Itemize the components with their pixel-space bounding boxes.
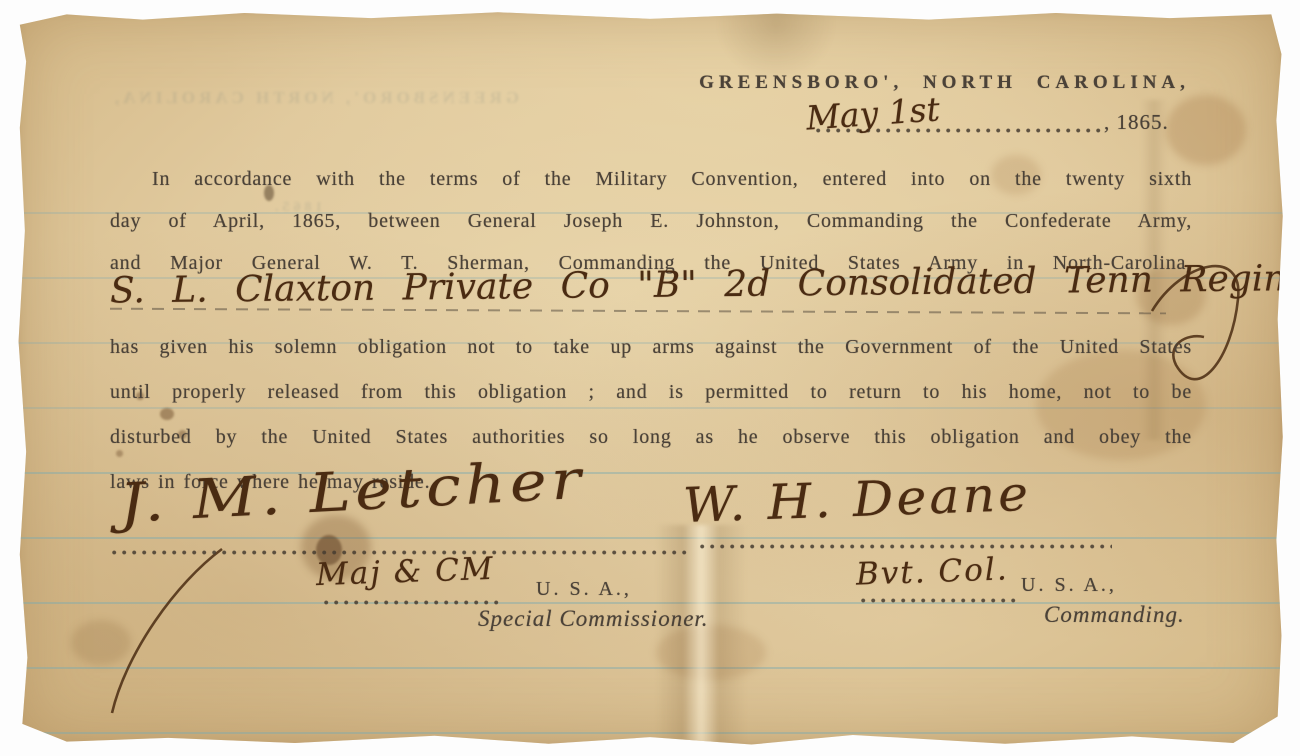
body-line-5: until properly released from this obliga…: [110, 381, 1192, 404]
signature-special-commissioner: J. M. Letcher: [118, 448, 587, 535]
stain: [1166, 95, 1246, 165]
printed-usa-left: U. S. A.,: [536, 578, 632, 601]
rank-dotted-line-left: [324, 600, 499, 605]
body-line-2: day of April, 1865, between General Jose…: [110, 210, 1192, 233]
signature-commanding-officer: W. H. Deane: [682, 466, 1032, 534]
document-place-heading: GREENSBORO', NORTH CAROLINA,: [692, 72, 1197, 94]
printed-year: , 1865.: [1104, 110, 1169, 135]
printed-title-commanding: Commanding.: [1044, 602, 1185, 628]
printed-title-special-commissioner: Special Commissioner.: [478, 606, 709, 632]
body-line-6: disturbed by the United States authoriti…: [110, 426, 1192, 449]
spot: [160, 408, 174, 420]
scan-background: GREENSBORO', NORTH CAROLINA, 1865. GREEN…: [0, 0, 1300, 756]
rank-dotted-line-right: [861, 598, 1016, 603]
body-line-4: has given his solemn obligation not to t…: [110, 336, 1192, 359]
bleedthrough-header-text: GREENSBORO', NORTH CAROLINA,: [111, 88, 519, 108]
crease: [716, 10, 836, 80]
ruled-line: [16, 537, 1284, 539]
ruled-line: [16, 732, 1284, 734]
signature-dotted-line-right: [700, 544, 1112, 549]
body-line-1: In accordance with the terms of the Mili…: [110, 168, 1192, 191]
spot: [116, 450, 123, 457]
printed-usa-right: U. S. A.,: [1021, 574, 1117, 597]
signature-tail-flourish: [104, 545, 234, 720]
crease: [656, 525, 746, 746]
handwritten-rank-right: Bvt. Col.: [855, 551, 1009, 592]
handwritten-rank-left: Maj & CM: [315, 551, 495, 593]
parole-certificate-document: GREENSBORO', NORTH CAROLINA, 1865. GREEN…: [16, 10, 1284, 746]
